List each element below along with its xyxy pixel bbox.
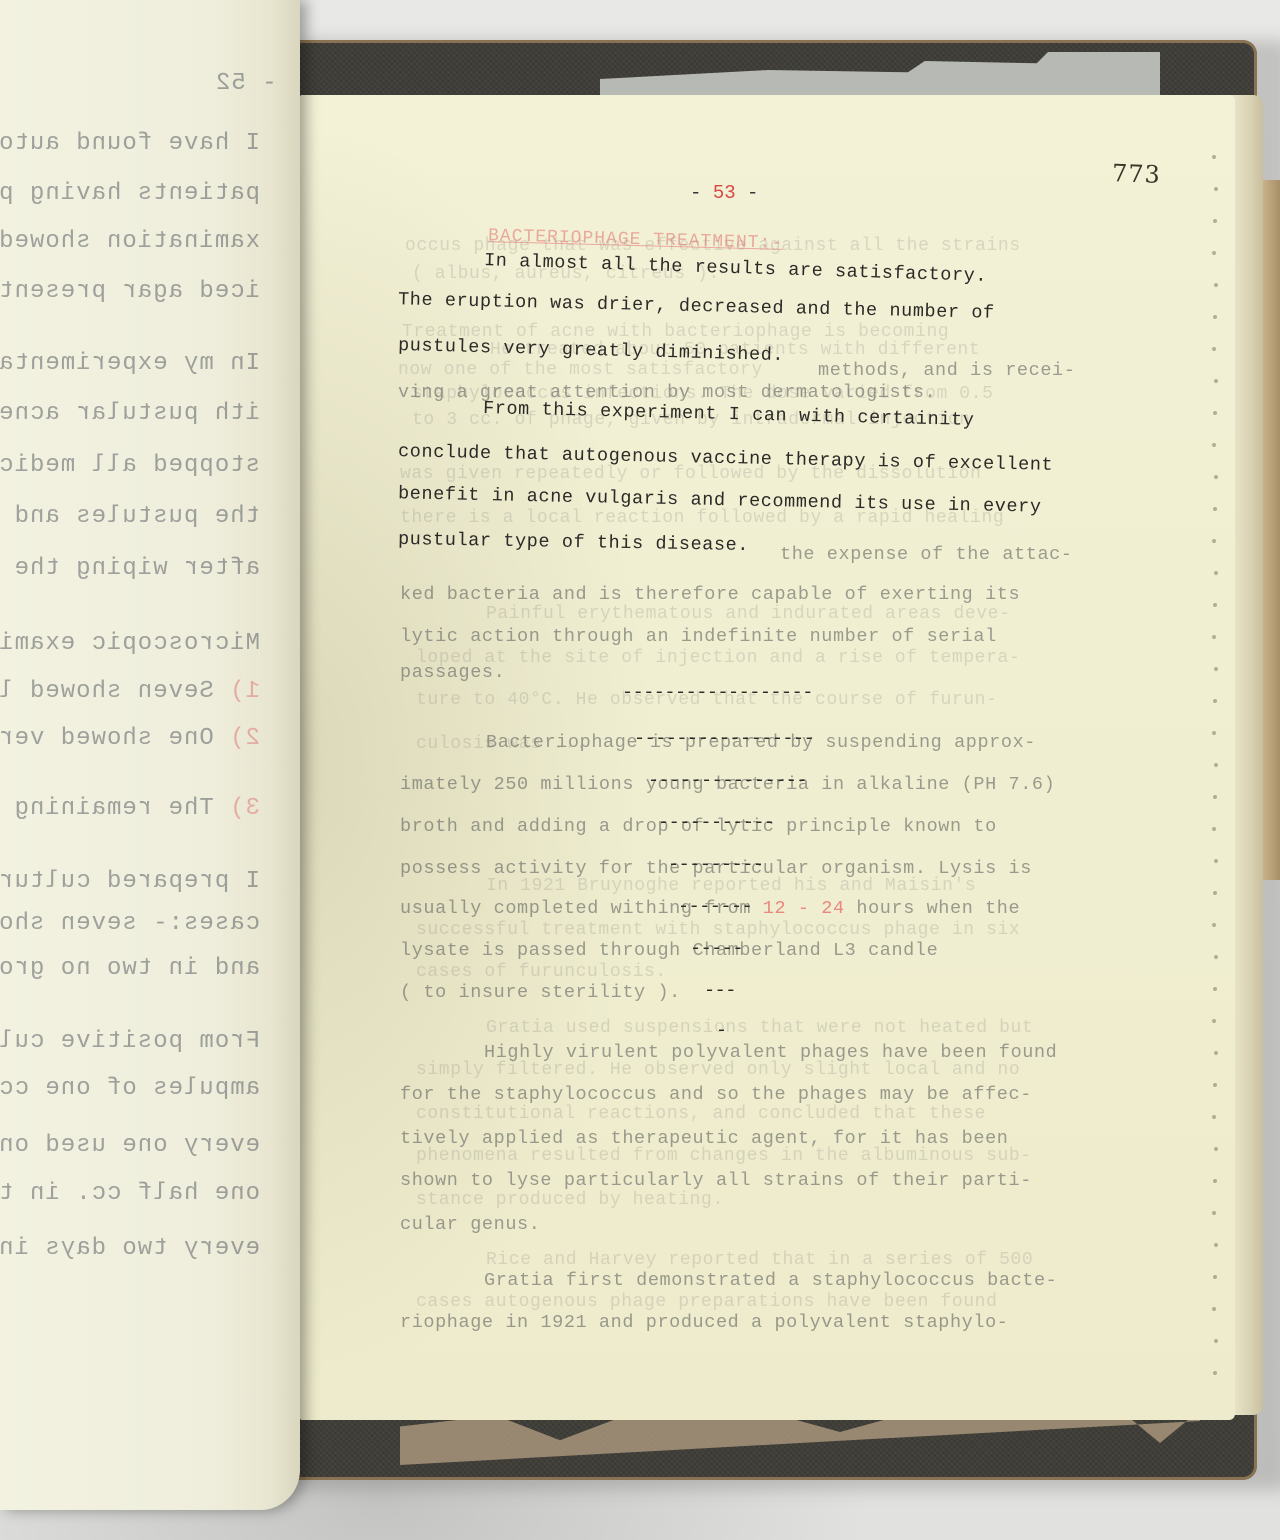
punch-hole [1213, 795, 1217, 799]
dash-mark: ------- [678, 896, 752, 917]
dash-mark: - [716, 1020, 727, 1041]
mirrored-line: 1) Seven showed large [0, 678, 260, 705]
mirrored-line: every one used only a dozen [0, 1132, 260, 1159]
mirrored-line-text: I prepared cultures [0, 868, 260, 895]
dash-mark: --------- [668, 854, 763, 875]
punch-hole [1213, 699, 1217, 703]
left-page: - 52 I have found autogenopatients havin… [0, 0, 300, 1510]
punch-hole [1212, 635, 1216, 639]
mirrored-line-text: and in two no growth was sho [0, 955, 260, 982]
bleed-through-line: Painful erythematous and indurated areas… [486, 604, 1010, 624]
punch-hole [1214, 571, 1218, 575]
left-page-number: - 52 [215, 70, 277, 97]
punch-hole [1214, 1339, 1218, 1343]
punch-hole [1213, 603, 1217, 607]
punch-hole [1213, 1179, 1217, 1183]
punch-hole [1214, 1051, 1218, 1055]
mirrored-line-text: Seven showed large [0, 678, 214, 705]
mirrored-line-text: ith pustular acne vulgaris [0, 400, 260, 427]
punch-hole [1212, 827, 1216, 831]
page-number-value: 53 [713, 182, 736, 204]
mirrored-line: stopped all medications prep [0, 452, 260, 479]
dash-mark: --- [704, 980, 736, 1001]
punch-hole [1214, 1147, 1218, 1151]
mirrored-line: and in two no growth was sho [0, 955, 260, 982]
mirrored-line-text: ampules of one cc. each con [0, 1075, 260, 1102]
typed-line: lysate is passed through Chamberland L3 … [400, 940, 938, 961]
mirrored-line-text: iced agar presented pure cu [0, 278, 260, 305]
mirrored-line-text: one half cc. in the first d [0, 1180, 260, 1207]
punch-hole [1212, 443, 1216, 447]
punch-hole [1212, 1115, 1216, 1119]
punch-hole [1213, 411, 1217, 415]
mirrored-line: I prepared cultures [0, 868, 260, 895]
punch-hole [1213, 987, 1217, 991]
list-number: 1) [214, 678, 260, 705]
bleed-through-line: phenomena resulted from changes in the a… [416, 1146, 1032, 1166]
punch-hole [1214, 187, 1218, 191]
typed-line: tively applied as therapeutic agent, for… [400, 1128, 1009, 1149]
punch-hole [1213, 1275, 1217, 1279]
mirrored-line: 3) The remaining two [0, 795, 260, 822]
dash-mark: ----------- [658, 812, 775, 833]
punch-hole [1213, 1083, 1217, 1087]
punch-hole [1213, 507, 1217, 511]
typed-line: the expense of the attac- [780, 544, 1073, 565]
bleed-through-line: loped at the site of injection and a ris… [416, 648, 1020, 668]
dash-mark: --------------- [648, 770, 807, 791]
mirrored-line-text: after wiping the skin with a [0, 555, 260, 582]
typed-line: methods, and is recei- [818, 360, 1075, 381]
punch-hole [1213, 315, 1217, 319]
typed-line: ving a great attention by most dermatolo… [398, 382, 936, 403]
typed-line: lytic action through an indefinite numbe… [400, 626, 997, 647]
mirrored-line: 2) One showed very li [0, 725, 260, 752]
punch-hole [1212, 1211, 1216, 1215]
mirrored-line: ith pustular acne vulgaris [0, 400, 260, 427]
punch-hole [1212, 155, 1216, 159]
mirrored-line-text: Microscopic examinati [0, 630, 260, 657]
bleed-through-line: Gratia used suspensions that were not he… [486, 1018, 1033, 1038]
list-number: 3) [214, 795, 260, 822]
dash-mark: ------------------ [622, 682, 813, 703]
bleed-through-line: constitutional reactions, and concluded … [416, 1104, 986, 1124]
mirrored-line: one half cc. in the first d [0, 1180, 260, 1207]
typed-line: shown to lyse particularly all strains o… [400, 1170, 1032, 1191]
mirrored-line-text: I have found autogeno [0, 130, 260, 157]
mirrored-line-text: The remaining two [0, 795, 214, 822]
mirrored-line-text: patients having pustular [0, 180, 260, 207]
punch-hole [1212, 923, 1216, 927]
list-number: 2) [214, 725, 260, 752]
typed-line: riophage in 1921 and produced a polyvale… [400, 1312, 1009, 1333]
punch-hole [1214, 283, 1218, 287]
bleed-through-line: Rice and Harvey reported that in a serie… [486, 1250, 1033, 1270]
punch-hole [1214, 955, 1218, 959]
mirrored-line-text: the pustules and prepared cu [0, 503, 260, 530]
page-number: - 53 - [690, 182, 758, 204]
bleed-through-line: stance produced by heating. [416, 1190, 724, 1210]
typed-line: ( to insure sterility ). [400, 982, 681, 1003]
mirrored-line: From positive culture [0, 1028, 260, 1055]
punch-hole [1212, 539, 1216, 543]
mirrored-line: every two days interval. [0, 1235, 260, 1262]
punch-hole [1212, 347, 1216, 351]
punch-hole [1214, 763, 1218, 767]
hours-range: 12 - 24 [763, 898, 845, 919]
punch-hole [1212, 731, 1216, 735]
punch-hole [1214, 1243, 1218, 1247]
punch-hole [1214, 859, 1218, 863]
typed-line: Highly virulent polyvalent phages have b… [484, 1042, 1057, 1063]
punch-hole [1213, 891, 1217, 895]
mirrored-line: the pustules and prepared cu [0, 503, 260, 530]
bleed-through-line: simply filtered. He observed only slight… [416, 1060, 1020, 1080]
dash-mark: ----- [690, 938, 743, 959]
mirrored-line-text: One showed very li [0, 725, 214, 752]
mirrored-line-text: every one used only a dozen [0, 1132, 260, 1159]
typed-line: ked bacteria and is therefore capable of… [400, 584, 1020, 605]
mirrored-line-text: From positive culture [0, 1028, 260, 1055]
bleed-through-line: cases autogenous phage preparations have… [416, 1292, 998, 1312]
typed-line: cular genus. [400, 1214, 540, 1235]
mirrored-line: xamination showed staphyloc [0, 228, 260, 255]
handwritten-folio-number: 773 [1112, 159, 1162, 189]
mirrored-line: after wiping the skin with a [0, 555, 260, 582]
punch-hole [1212, 1019, 1216, 1023]
punch-hole [1212, 251, 1216, 255]
mirrored-line: iced agar presented pure cu [0, 278, 260, 305]
dash-mark: ----------------- [634, 728, 814, 749]
mirrored-line: ampules of one cc. each con [0, 1075, 260, 1102]
mirrored-line-text: xamination showed staphyloc [0, 228, 260, 255]
mirrored-line: cases:- seven showed staph [0, 910, 260, 937]
punch-hole [1214, 667, 1218, 671]
punch-hole [1214, 475, 1218, 479]
bleed-through-line: successful treatment with staphylococcus… [416, 920, 1020, 940]
bleed-through-line: In 1921 Bruynoghe reported his and Maisi… [486, 876, 976, 896]
mirrored-line-text: every two days interval. [0, 1235, 260, 1262]
mirrored-line-text: In my experimental wo [0, 350, 260, 377]
index-tab-strip [1262, 180, 1280, 880]
punch-hole [1213, 219, 1217, 223]
punch-hole [1214, 379, 1218, 383]
mirrored-line: In my experimental wo [0, 350, 260, 377]
typed-line: Gratia first demonstrated a staphylococc… [484, 1270, 1057, 1291]
typed-line: passages. [400, 662, 505, 683]
punch-hole [1212, 1307, 1216, 1311]
mirrored-line-text: cases:- seven showed staph [0, 910, 260, 937]
typed-line: for the staphylococcus and so the phages… [400, 1084, 1032, 1105]
punch-hole [1213, 1371, 1217, 1375]
mirrored-line: I have found autogeno [0, 130, 260, 157]
mirrored-line: patients having pustular [0, 180, 260, 207]
mirrored-bleed-through-text: - 52 I have found autogenopatients havin… [0, 0, 300, 1500]
mirrored-line-text: stopped all medications prep [0, 452, 260, 479]
mirrored-line: Microscopic examinati [0, 630, 260, 657]
bleed-through-line: cases of furunculosis. [416, 962, 667, 982]
